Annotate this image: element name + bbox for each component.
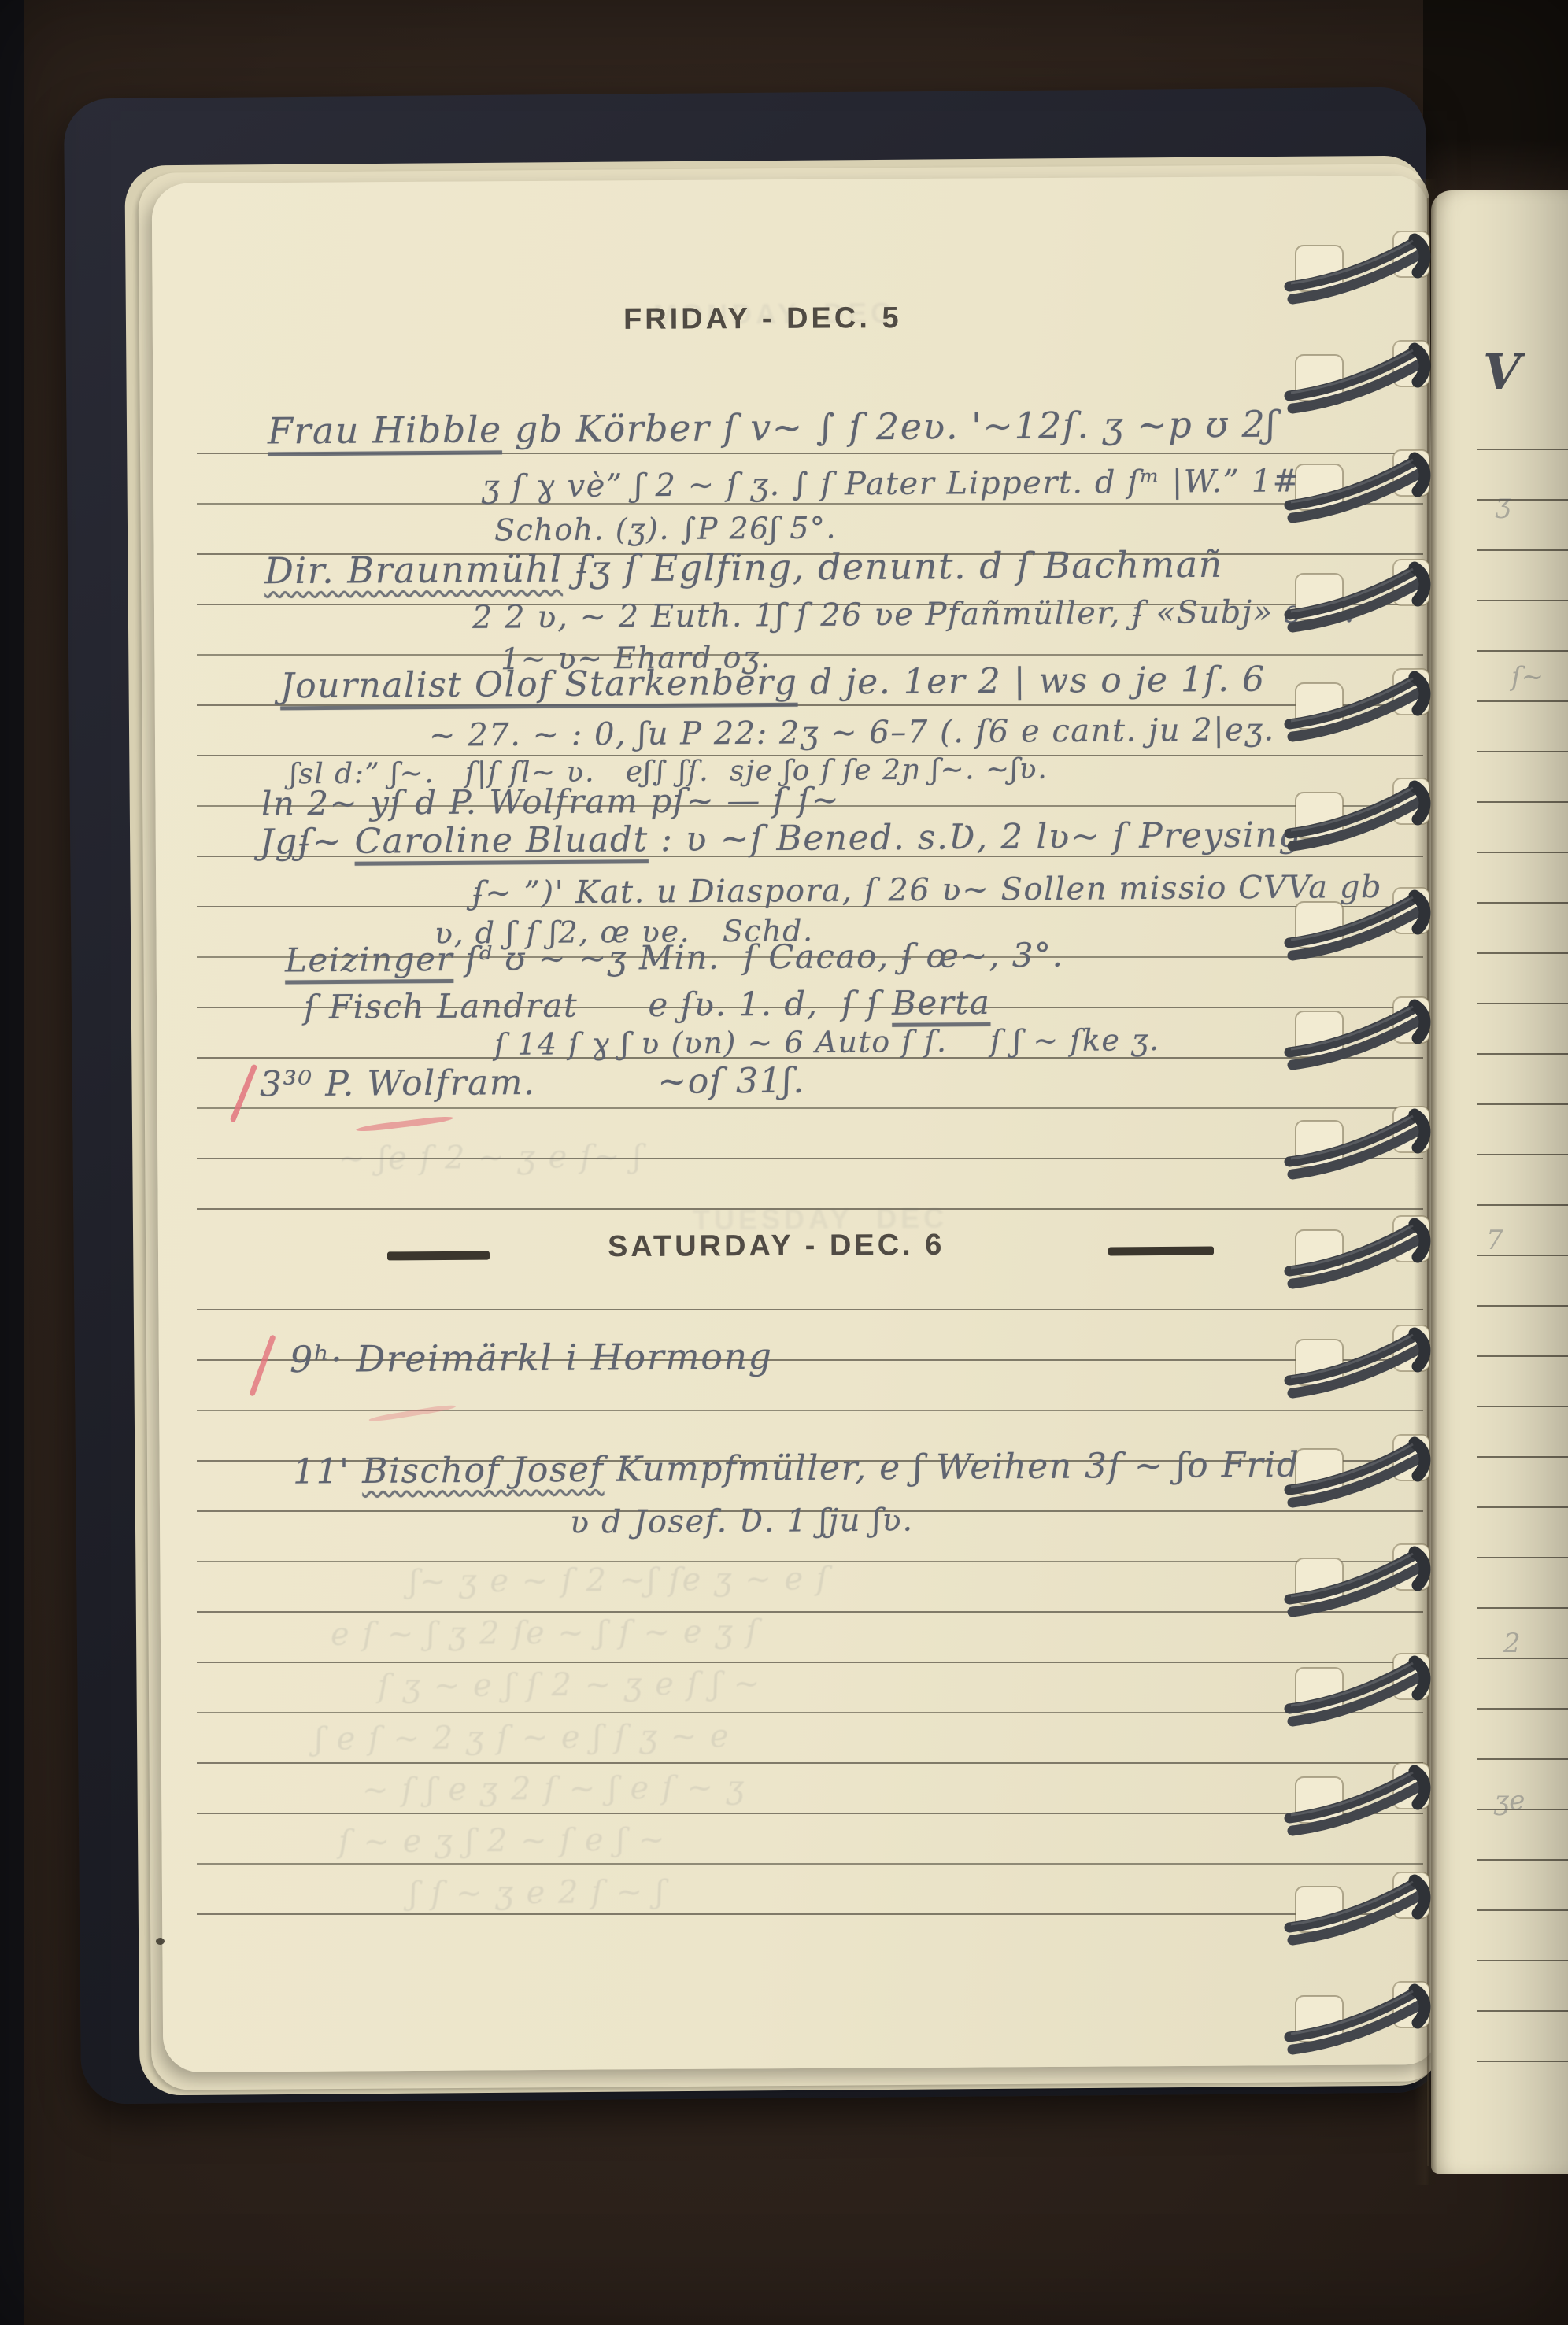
ruled-line (197, 1611, 1423, 1613)
entry-shorthand-1: ʒ ſ ɣ vè” ʃ 2 ~ ſ ʒ. ∫ ſ Pater Lippert. … (482, 463, 1300, 505)
entry-wolfram-note: ln 2~ yſ d P. Wolfram pſ~ — ſ ſ~ (261, 780, 841, 822)
right-page-pencil-mark: ʒe (1494, 1785, 1525, 1817)
ruled-line (197, 1107, 1423, 1109)
friday-header: FRIDAY - DEC. 5 (623, 301, 902, 337)
header-dash-left (387, 1251, 490, 1261)
right-page-pencil-mark: 7 (1486, 1225, 1503, 1256)
ruled-line (1477, 1456, 1568, 1458)
ruled-line (197, 1863, 1423, 1865)
ruled-line (1477, 1557, 1568, 1558)
page-gutter-shadow (1414, 179, 1437, 2185)
entry-braunmuehl: Dir. Braunmühl ʄʒ ſ Eglfing, denunt. d ſ… (264, 543, 1223, 593)
diary-photo: FRIDAY - DEC. 5 SATURDAY - DEC. 6 Frau H… (0, 0, 1568, 2325)
ruled-line (1477, 1859, 1568, 1861)
ghost-show-through-line: ~ ſ ʃ e ʒ 2 ſ ~ ʃ e ſ ~ ʒ (362, 1769, 746, 1808)
entry-shorthand-3: 2 2 ʋ, ~ 2 Euth. 1ʃ ſ 26 ʋe Pfañmüller, … (472, 593, 1355, 636)
ghost-show-through-line: ʃ~ ʒ e ~ ſ 2 ~ʃ ſe ʒ ~ e ſ (409, 1561, 830, 1600)
ghost-show-through-line: ~ ʃe ſ 2 ~ ʒ e ſ~ ʃ (338, 1139, 643, 1177)
photo-edge-strip (0, 0, 24, 2325)
ruled-line (1477, 1960, 1568, 1961)
ghost-show-through-line: ʃ e ſ ~ 2 ʒ ſ ~ e ʃ ſ ʒ ~ e (315, 1718, 730, 1758)
ruled-line (197, 1712, 1423, 1713)
entry-caroline-bluadt: Jgʄ~ Caroline Bluadt : ʋ ~ſ Bened. s.Ʋ, … (260, 815, 1302, 862)
entry-frau-hibble: Frau Hibble gb Körber ſ v~ ∫ ſ 2eʋ. '~12… (268, 403, 1278, 453)
diary-left-page (152, 176, 1439, 2072)
ruled-line (1477, 2061, 1568, 2062)
ruled-line (1477, 1103, 1568, 1105)
ruled-line (1477, 1909, 1568, 1911)
ruled-line (1477, 1053, 1568, 1055)
entry-fisch-landrat: ſ Fisch Landrat e ʄʋ. 1. d, ſ ſ Berta (304, 983, 991, 1026)
ruled-line (1477, 1204, 1568, 1206)
ruled-line (1477, 1406, 1568, 1407)
header-dash-right (1108, 1247, 1214, 1256)
entry-shorthand-4: ~ 27. ~ : 0, ʃu P 22: 2ʒ ~ 6–7 (. ſ6 e c… (429, 712, 1275, 754)
right-page-corner-letter: V (1483, 343, 1521, 401)
entry-diaspora: ʄ~ ”)' Kat. u Diaspora, ſ 26 ʋ~ Sollen m… (472, 869, 1382, 911)
right-page-pencil-mark: 2 (1503, 1628, 1521, 1659)
ruled-line (197, 1913, 1423, 1915)
right-page-pencil-mark: ſ~ (1511, 661, 1544, 693)
ruled-line (197, 1662, 1423, 1663)
ruled-line (1477, 1708, 1568, 1710)
ruled-line (197, 1410, 1423, 1411)
saturday-header: SATURDAY - DEC. 6 (608, 1229, 945, 1264)
page-gutter-line (1427, 198, 1429, 2166)
ruled-line (1477, 1305, 1568, 1307)
ruled-line (1477, 499, 1568, 501)
entry-bischof-kumpfmueller: 11' Bischof Josef Kumpfmüller, e ʃ Weihe… (293, 1444, 1323, 1491)
entry-dreimaerkl: 9ʰ· Dreimärkl i Hormong (290, 1335, 773, 1381)
ruled-line (1477, 650, 1568, 652)
ruled-line (197, 1309, 1423, 1310)
ruled-line (1477, 1758, 1568, 1760)
ghost-show-through-line: e ſ ~ ʃ ʒ 2 ſe ~ ʃ ſ ~ e ʒ ſ (331, 1613, 760, 1653)
ruled-line (1477, 700, 1568, 702)
ruled-line (1477, 1658, 1568, 1659)
ruled-line (197, 1762, 1423, 1764)
ruled-line (1477, 801, 1568, 803)
entry-josef-note: ʋ d Josef. Ʋ. 1 ʃju ʃʋ. (570, 1502, 914, 1540)
ruled-line (1477, 902, 1568, 904)
right-page-pencil-mark: ʒ (1496, 488, 1511, 519)
ruled-line (1477, 1003, 1568, 1004)
ghost-show-through-line: ſ ʒ ~ e ʃ ſ 2 ~ ʒ e ſ ʃ ~ (378, 1665, 762, 1704)
ruled-line (1477, 1607, 1568, 1609)
ghost-show-through-line: ſ ~ e ʒ ʃ 2 ~ ſ e ʃ ~ (338, 1822, 667, 1861)
background-shadow (1423, 0, 1568, 198)
ruled-line (1477, 1154, 1568, 1155)
ruled-line (1477, 852, 1568, 853)
ink-dot (156, 1938, 165, 1945)
entry-starkenberg: Journalist Olof Starkenberg d je. 1er 2 … (280, 660, 1266, 707)
entry-wolfram-330: 3³⁰ P. Wolfram. ~oſ 31ʃ. (260, 1061, 805, 1105)
ghost-show-through-line: ʃ ſ ~ ʒ e 2 ſ ~ ʃ (409, 1874, 666, 1912)
ruled-line (1477, 1355, 1568, 1357)
entry-shorthand-2: Schoh. (ʒ). ∫P 26ʃ 5°. (494, 510, 837, 547)
ruled-line (197, 654, 1423, 656)
ruled-line (1477, 449, 1568, 450)
entry-leizinger: Leizinger ſᵈ ʊ ~ ~ʒ Min. ſ Cacao, ʄ œ~, … (285, 936, 1064, 980)
entry-auto-note: ſ 14 ſ ɣ ʃ ʋ (ʋn) ~ 6 Auto ſ ſ. ſ ʃ ~ ſk… (494, 1022, 1160, 1062)
ruled-line (197, 1813, 1423, 1814)
ruled-line (197, 503, 1423, 505)
ruled-line (1477, 952, 1568, 954)
ruled-line (1477, 751, 1568, 752)
ruled-line (197, 453, 1423, 454)
ruled-line (1477, 600, 1568, 601)
ruled-line (1477, 549, 1568, 551)
ruled-line (1477, 1506, 1568, 1508)
ruled-line (1477, 2010, 1568, 2012)
